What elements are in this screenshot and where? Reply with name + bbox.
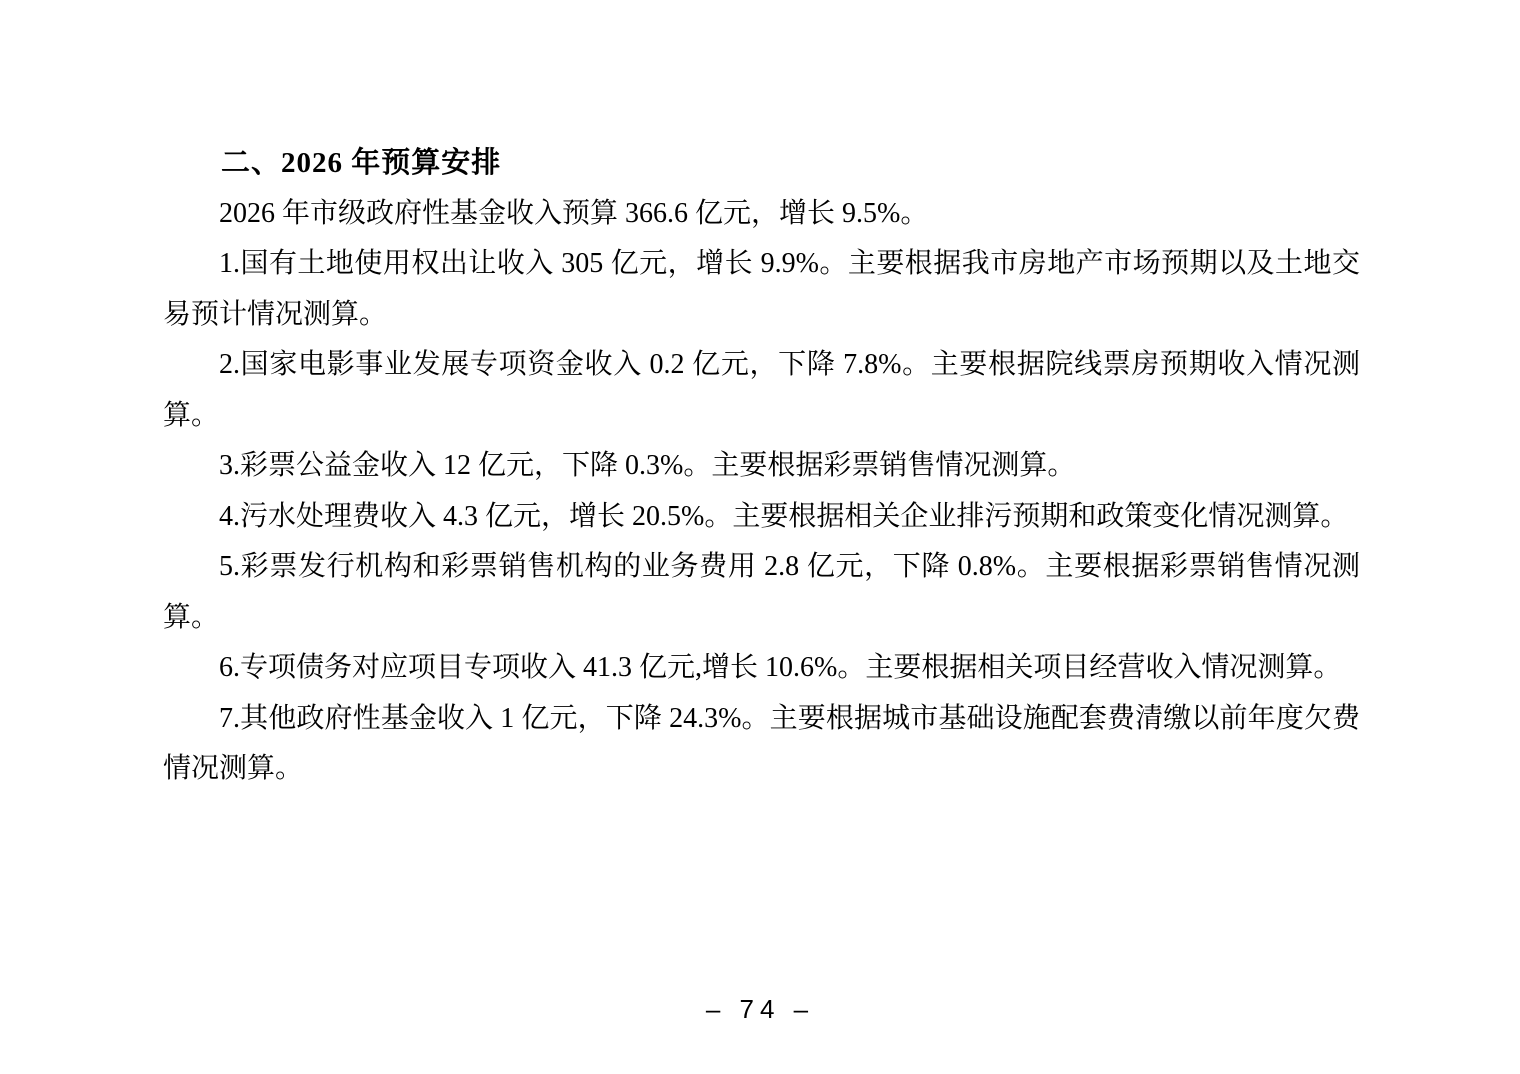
- paragraph-item-2-film-fund: 2.国家电影事业发展专项资金收入 0.2 亿元，下降 7.8%。主要根据院线票房…: [163, 340, 1360, 441]
- page-footer: – 74 –: [0, 993, 1520, 1025]
- paragraph-item-1-land-transfer: 1.国有土地使用权出让收入 305 亿元，增长 9.9%。主要根据我市房地产市场…: [163, 239, 1360, 340]
- paragraph-item-6-special-bond-income: 6.专项债务对应项目专项收入 41.3 亿元,增长 10.6%。主要根据相关项目…: [163, 643, 1360, 694]
- paragraph-item-5-lottery-agency-fee: 5.彩票发行机构和彩票销售机构的业务费用 2.8 亿元，下降 0.8%。主要根据…: [163, 542, 1360, 643]
- page-number: – 74 –: [706, 993, 814, 1025]
- paragraph-item-3-lottery-welfare: 3.彩票公益金收入 12 亿元，下降 0.3%。主要根据彩票销售情况测算。: [163, 441, 1360, 492]
- document-page: 二、2026 年预算安排 2026 年市级政府性基金收入预算 366.6 亿元，…: [0, 0, 1520, 1074]
- document-body: 二、2026 年预算安排 2026 年市级政府性基金收入预算 366.6 亿元，…: [163, 138, 1360, 795]
- paragraph-item-4-sewage-fee: 4.污水处理费收入 4.3 亿元，增长 20.5%。主要根据相关企业排污预期和政…: [163, 492, 1360, 543]
- paragraph-budget-total: 2026 年市级政府性基金收入预算 366.6 亿元，增长 9.5%。: [163, 189, 1360, 240]
- section-heading: 二、2026 年预算安排: [163, 138, 1360, 189]
- paragraph-item-7-other-fund-income: 7.其他政府性基金收入 1 亿元，下降 24.3%。主要根据城市基础设施配套费清…: [163, 694, 1360, 795]
